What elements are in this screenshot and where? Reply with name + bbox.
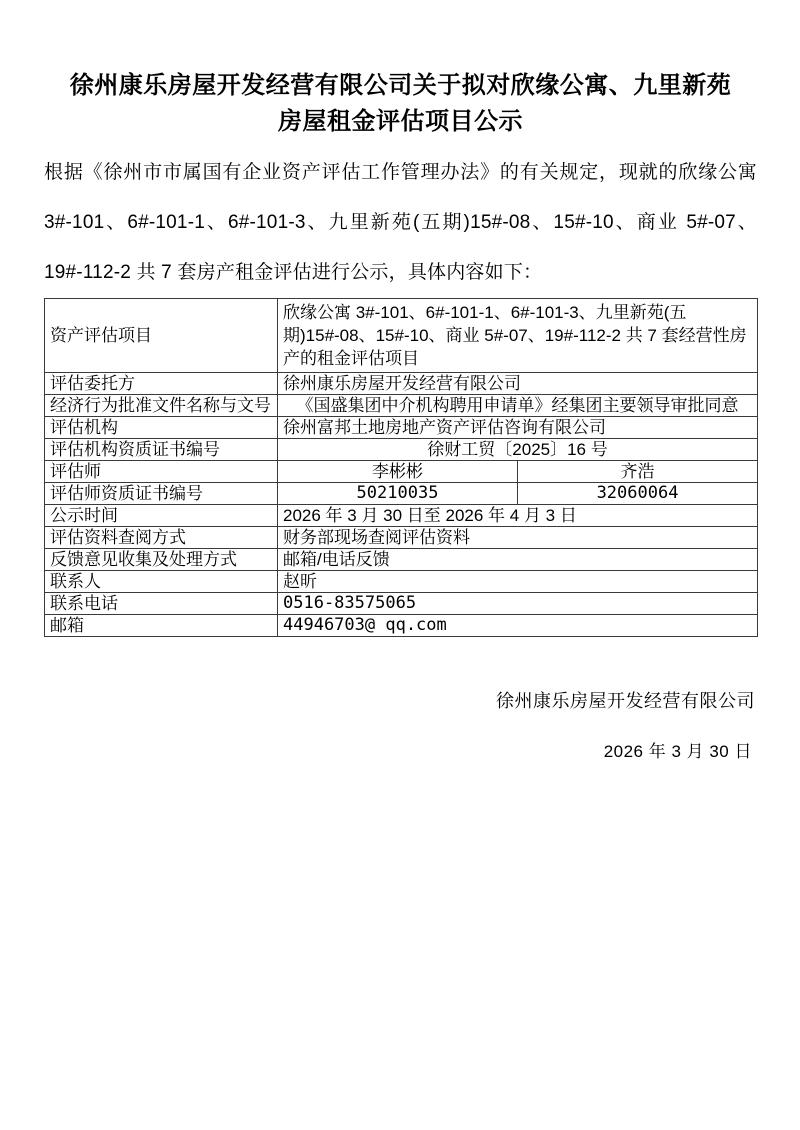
document-title-line2: 房屋租金评估项目公示 <box>44 104 757 140</box>
document-title: 徐州康乐房屋开发经营有限公司关于拟对欣缘公寓、九里新苑 房屋租金评估项目公示 <box>44 68 757 140</box>
table-row-approval-doc: 经济行为批准文件名称与文号 《国盛集团中介机构聘用申请单》经集团主要领导审批同意 <box>45 395 758 417</box>
row-label: 评估委托方 <box>45 373 278 395</box>
row-value: 欣缘公寓 3#-101、6#-101-1、6#-101-3、九里新苑(五期)15… <box>278 299 758 373</box>
row-value: 《国盛集团中介机构聘用申请单》经集团主要领导审批同意 <box>278 395 758 417</box>
row-label: 评估机构资质证书编号 <box>45 439 278 461</box>
row-value: 邮箱/电话反馈 <box>278 549 758 571</box>
row-label: 评估师 <box>45 461 278 483</box>
row-value-email: 44946703@ qq.com <box>278 615 758 637</box>
assessment-table: 资产评估项目 欣缘公寓 3#-101、6#-101-1、6#-101-3、九里新… <box>44 298 758 637</box>
row-value: 徐财工贸〔2025〕16 号 <box>278 439 758 461</box>
row-value: 2026 年 3 月 30 日至 2026 年 4 月 3 日 <box>278 505 758 527</box>
footer-date: 2026 年 3 月 30 日 <box>44 737 757 762</box>
row-value: 徐州康乐房屋开发经营有限公司 <box>278 373 758 395</box>
table-row-feedback-method: 反馈意见收集及处理方式 邮箱/电话反馈 <box>45 549 758 571</box>
row-value-phone: 0516-83575065 <box>278 593 758 615</box>
row-value-appraiser-1: 李彬彬 <box>278 461 518 483</box>
table-row-appraiser-certs: 评估师资质证书编号 50210035 32060064 <box>45 483 758 505</box>
table-row-agency-cert: 评估机构资质证书编号 徐财工贸〔2025〕16 号 <box>45 439 758 461</box>
table-row-contact-phone: 联系电话 0516-83575065 <box>45 593 758 615</box>
row-value: 徐州富邦土地房地产资产评估咨询有限公司 <box>278 417 758 439</box>
table-row-asset-project: 资产评估项目 欣缘公寓 3#-101、6#-101-1、6#-101-3、九里新… <box>45 299 758 373</box>
table-row-email: 邮箱 44946703@ qq.com <box>45 615 758 637</box>
footer-company: 徐州康乐房屋开发经营有限公司 <box>44 687 757 713</box>
document-title-line1: 徐州康乐房屋开发经营有限公司关于拟对欣缘公寓、九里新苑 <box>44 68 757 104</box>
table-row-review-method: 评估资料查阅方式 财务部现场查阅评估资料 <box>45 527 758 549</box>
table-row-agency: 评估机构 徐州富邦土地房地产资产评估咨询有限公司 <box>45 417 758 439</box>
row-label: 联系电话 <box>45 593 278 615</box>
table-row-publicity-period: 公示时间 2026 年 3 月 30 日至 2026 年 4 月 3 日 <box>45 505 758 527</box>
document-page: 徐州康乐房屋开发经营有限公司关于拟对欣缘公寓、九里新苑 房屋租金评估项目公示 根… <box>0 0 800 1130</box>
row-value-cert-1: 50210035 <box>278 483 518 505</box>
table-row-appraisers: 评估师 李彬彬 齐浩 <box>45 461 758 483</box>
intro-paragraph: 根据《徐州市市属国有企业资产评估工作管理办法》的有关规定，现就的欣缘公寓 3#-… <box>44 148 757 298</box>
row-label: 资产评估项目 <box>45 299 278 373</box>
row-label: 反馈意见收集及处理方式 <box>45 549 278 571</box>
row-label: 评估资料查阅方式 <box>45 527 278 549</box>
row-label: 公示时间 <box>45 505 278 527</box>
row-value-appraiser-2: 齐浩 <box>518 461 758 483</box>
row-label: 经济行为批准文件名称与文号 <box>45 395 278 417</box>
table-row-contact-person: 联系人 赵昕 <box>45 571 758 593</box>
row-value-cert-2: 32060064 <box>518 483 758 505</box>
row-label: 联系人 <box>45 571 278 593</box>
table-row-client: 评估委托方 徐州康乐房屋开发经营有限公司 <box>45 373 758 395</box>
row-value: 财务部现场查阅评估资料 <box>278 527 758 549</box>
row-value: 赵昕 <box>278 571 758 593</box>
row-label: 邮箱 <box>45 615 278 637</box>
row-label: 评估机构 <box>45 417 278 439</box>
row-label: 评估师资质证书编号 <box>45 483 278 505</box>
